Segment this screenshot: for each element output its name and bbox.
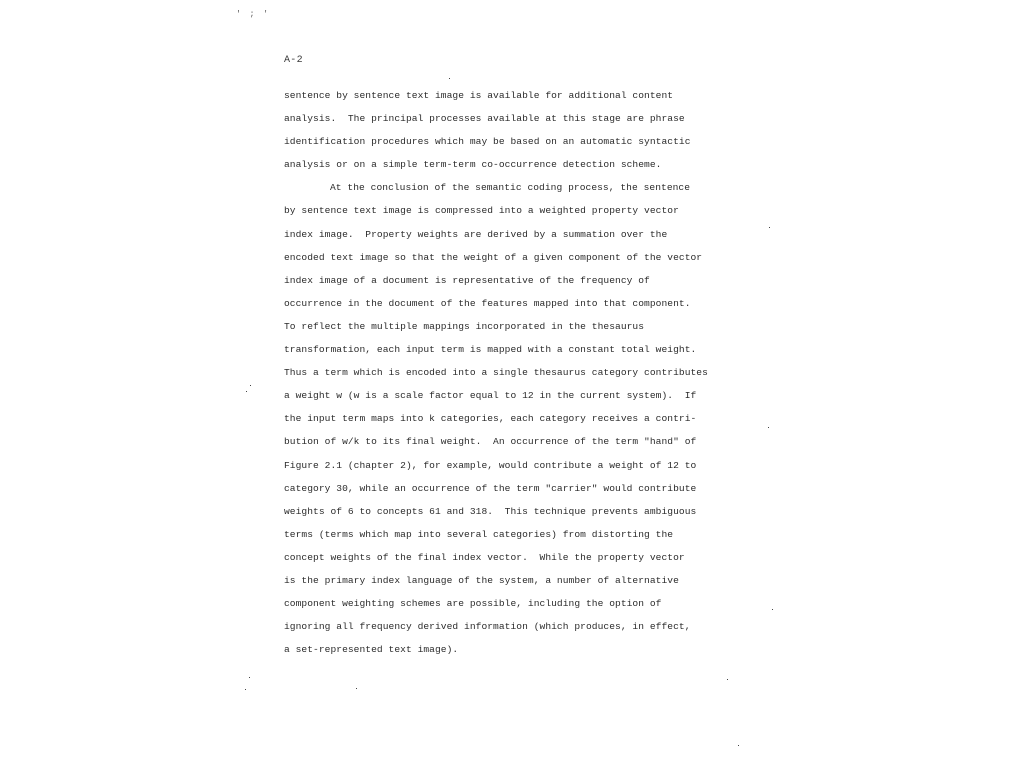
scanned-document-page: ' ; ' A-2 sentence by sentence text imag…	[0, 0, 1024, 768]
scan-speck	[727, 679, 728, 680]
text-line: sentence by sentence text image is avail…	[284, 89, 704, 112]
text-line: component weighting schemes are possible…	[284, 597, 704, 620]
scan-speck	[449, 78, 450, 79]
scan-speck	[356, 688, 357, 689]
text-line: ignoring all frequency derived informati…	[284, 620, 704, 643]
text-line: terms (terms which map into several cate…	[284, 528, 704, 551]
scan-speck	[738, 745, 739, 746]
text-line: index image. Property weights are derive…	[284, 228, 704, 251]
text-line: At the conclusion of the semantic coding…	[284, 181, 704, 204]
scan-speck	[772, 609, 773, 610]
scan-speck	[249, 677, 250, 678]
text-line: identification procedures which may be b…	[284, 135, 704, 158]
text-line: by sentence text image is compressed int…	[284, 204, 704, 227]
text-line: occurrence in the document of the featur…	[284, 297, 704, 320]
text-line: a set-represented text image).	[284, 643, 704, 666]
text-line: Figure 2.1 (chapter 2), for example, wou…	[284, 459, 704, 482]
text-line: category 30, while an occurrence of the …	[284, 482, 704, 505]
text-line: is the primary index language of the sys…	[284, 574, 704, 597]
text-line: index image of a document is representat…	[284, 274, 704, 297]
text-line: transformation, each input term is mappe…	[284, 343, 704, 366]
paragraph-1: sentence by sentence text image is avail…	[284, 89, 704, 181]
text-line: analysis or on a simple term-term co-occ…	[284, 158, 704, 181]
paragraph-2: At the conclusion of the semantic coding…	[284, 181, 704, 666]
text-line: To reflect the multiple mappings incorpo…	[284, 320, 704, 343]
text-line: bution of w/k to its final weight. An oc…	[284, 435, 704, 458]
document-body: sentence by sentence text image is avail…	[284, 89, 704, 666]
text-line: the input term maps into k categories, e…	[284, 412, 704, 435]
scan-speck	[250, 385, 251, 386]
text-line: weights of 6 to concepts 61 and 318. Thi…	[284, 505, 704, 528]
scan-speck	[246, 391, 247, 392]
scan-speck	[769, 227, 770, 228]
text-line: a weight w (w is a scale factor equal to…	[284, 389, 704, 412]
scan-speck	[245, 689, 246, 690]
page-number: A-2	[284, 55, 303, 66]
text-line: encoded text image so that the weight of…	[284, 251, 704, 274]
scan-corner-mark: ' ; '	[236, 10, 270, 19]
scan-speck	[768, 427, 769, 428]
text-line: analysis. The principal processes availa…	[284, 112, 704, 135]
text-line: Thus a term which is encoded into a sing…	[284, 366, 704, 389]
text-line: concept weights of the final index vecto…	[284, 551, 704, 574]
